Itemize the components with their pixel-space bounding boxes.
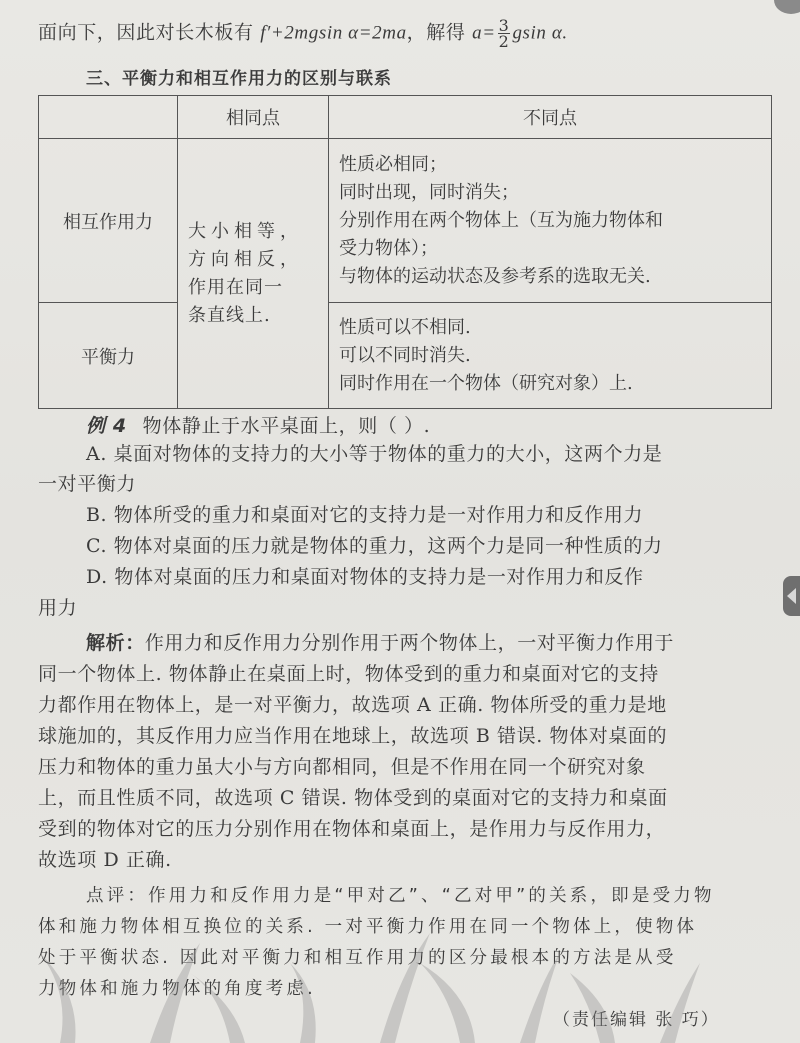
grass-watermark-icon <box>0 933 800 1043</box>
page-corner-decoration <box>774 0 800 14</box>
analysis-label: 解析： <box>86 632 145 654</box>
table-header-row: 相同点 不同点 <box>39 96 772 139</box>
row-label-interaction-force: 相互作用力 <box>39 139 178 303</box>
difference-line: 同时作用在一个物体（研究对象）上. <box>339 370 771 398</box>
top-equation-line: 面向下，因此对长木板有 f′+2mgsin α=2ma，解得 a=32gsin … <box>38 18 568 49</box>
table-row: 平衡力 性质可以不相同. 可以不同时消失. 同时作用在一个物体（研究对象）上. <box>39 303 772 409</box>
difference-line: 可以不同时消失. <box>339 342 771 370</box>
analysis-line: 上，而且性质不同，故选项 C 错误. 物体受到的桌面对它的支持力和桌面 <box>38 786 668 810</box>
option-d-line2: 用力 <box>38 596 77 620</box>
result-lhs: a= <box>472 23 496 44</box>
similarities-cell: 大小相等， 方向相反， 作用在同一 条直线上. <box>178 139 329 409</box>
analysis-line: 球施加的，其反作用力应当作用在地球上，故选项 B 错误. 物体对桌面的 <box>38 724 667 748</box>
differences-cell-balanced: 性质可以不相同. 可以不同时消失. 同时作用在一个物体（研究对象）上. <box>329 303 772 409</box>
example-question-text: 物体静止于水平桌面上，则（ ）. <box>143 415 431 437</box>
table-header-empty <box>39 96 178 139</box>
difference-line: 性质可以不相同. <box>339 314 771 342</box>
option-a-line1: A. 桌面对物体的支持力的大小等于物体的重力的大小，这两个力是 <box>86 442 662 466</box>
result-rhs: gsin α. <box>512 23 567 44</box>
differences-cell-interaction: 性质必相同； 同时出现，同时消失； 分别作用在两个物体上（互为施力物体和 受力物… <box>329 139 772 303</box>
review-text: 作用力和反作用力是“甲对乙”、“乙对甲”的关系，即是受力物 <box>148 886 715 906</box>
equation-formula: f′+2mgsin α=2ma <box>260 23 406 44</box>
fraction-denominator: 2 <box>498 34 511 49</box>
table-header-differences: 不同点 <box>329 96 772 139</box>
table-header-similarities: 相同点 <box>178 96 329 139</box>
page-flip-button[interactable] <box>783 576 800 616</box>
left-arrow-icon <box>787 588 796 604</box>
example-question: 例 4物体静止于水平桌面上，则（ ）. <box>86 414 430 438</box>
option-b: B. 物体所受的重力和桌面对它的支持力是一对作用力和反作用力 <box>86 503 643 527</box>
analysis-line: 压力和物体的重力虽大小与方向都相同，但是不作用在同一个研究对象 <box>38 755 646 779</box>
similarity-line: 作用在同一 <box>188 274 328 302</box>
option-c: C. 物体对桌面的压力就是物体的重力，这两个力是同一种性质的力 <box>86 534 663 558</box>
analysis-line: 力都作用在物体上，是一对平衡力，故选项 A 正确. 物体所受的重力是地 <box>38 693 667 717</box>
table-row: 相互作用力 大小相等， 方向相反， 作用在同一 条直线上. 性质必相同； 同时出… <box>39 139 772 303</box>
analysis-text: 作用力和反作用力分别作用于两个物体上，一对平衡力作用于 <box>145 632 674 654</box>
analysis-line: 受到的物体对它的压力分别作用在物体和桌面上，是作用力与反作用力， <box>38 817 665 841</box>
example-label: 例 4 <box>86 415 127 437</box>
difference-line: 受力物体）； <box>339 235 771 263</box>
review-label: 点评： <box>86 886 148 906</box>
similarity-line: 方向相反， <box>188 246 328 274</box>
row-label-balanced-force: 平衡力 <box>39 303 178 409</box>
similarity-line: 条直线上. <box>188 302 328 330</box>
difference-line: 分别作用在两个物体上（互为施力物体和 <box>339 207 771 235</box>
difference-line: 与物体的运动状态及参考系的选取无关. <box>339 263 771 291</box>
difference-line: 性质必相同； <box>339 151 771 179</box>
comparison-table: 相同点 不同点 相互作用力 大小相等， 方向相反， 作用在同一 条直线上. 性质… <box>38 95 772 409</box>
page-scan: 面向下，因此对长木板有 f′+2mgsin α=2ma，解得 a=32gsin … <box>0 0 800 1043</box>
similarity-line: 大小相等， <box>188 218 328 246</box>
fraction: 32 <box>498 18 511 49</box>
analysis-line: 解析：作用力和反作用力分别作用于两个物体上，一对平衡力作用于 <box>86 631 674 655</box>
review-line: 点评：作用力和反作用力是“甲对乙”、“乙对甲”的关系，即是受力物 <box>86 884 715 908</box>
option-d-line1: D. 物体对桌面的压力和桌面对物体的支持力是一对作用力和反作 <box>86 565 644 589</box>
analysis-line: 同一个物体上. 物体静止在桌面上时，物体受到的重力和桌面对它的支持 <box>38 662 659 686</box>
analysis-line: 故选项 D 正确. <box>38 848 172 872</box>
difference-line: 同时出现，同时消失； <box>339 179 771 207</box>
option-a-line2: 一对平衡力 <box>38 472 136 496</box>
equation-mid-text: ，解得 <box>407 22 472 44</box>
equation-lead-text: 面向下，因此对长木板有 <box>38 22 260 44</box>
section-heading: 三、平衡力和相互作用力的区别与联系 <box>86 64 392 89</box>
